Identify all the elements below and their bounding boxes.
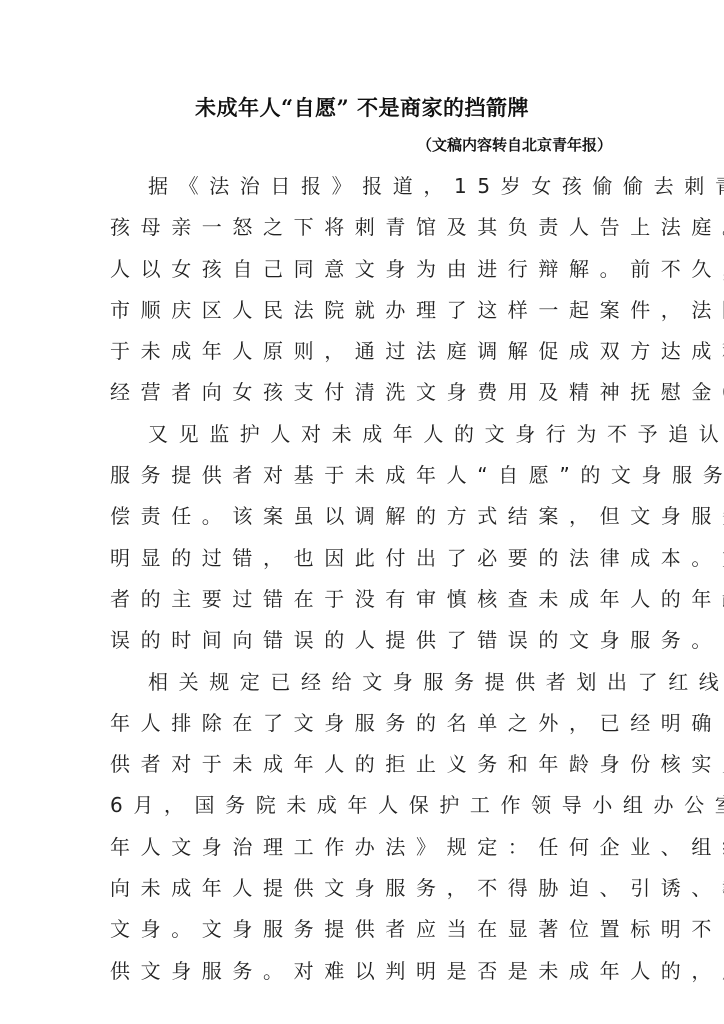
text-line: 经营者向女孩支付清洗文身费用及精神抚慰金6000元。 <box>110 372 620 413</box>
text-line: 年人排除在了文身服务的名单之外，已经明确了文身服务提 <box>110 703 620 744</box>
text-line: 供者对于未成年人的拒止义务和年龄身份核实义务。2022年 <box>110 744 620 785</box>
text-line: 相关规定已经给文身服务提供者划出了红线，已将未成 <box>110 662 620 703</box>
text-line: 人以女孩自己同意文身为由进行辩解。前不久，四川省南充 <box>110 249 620 290</box>
article-body: 据《法治日报》报道，15岁女孩偷偷去刺青馆文身，女 孩母亲一怒之下将刺青馆及其负… <box>110 166 620 992</box>
text-line: 据《法治日报》报道，15岁女孩偷偷去刺青馆文身，女 <box>110 166 620 207</box>
document-page: 未成年人“自愿” 不是商家的挡箭牌 （文稿内容转自北京青年报） 据《法治日报》报… <box>0 0 724 1024</box>
text-line: 文身。文身服务提供者应当在显著位置标明不向未成年人提 <box>110 909 620 950</box>
text-line: 孩母亲一怒之下将刺青馆及其负责人告上法庭。刺青馆负责 <box>110 207 620 248</box>
text-line: 向未成年人提供文身服务，不得胁迫、引诱、教唆未成年人 <box>110 868 620 909</box>
paragraph-2: 又见监护人对未成年人的文身行为不予追认，又见文身 服务提供者对基于未成年人“自愿… <box>110 414 620 662</box>
text-line: 偿责任。该案虽以调解的方式结案，但文身服务提供者存在 <box>110 496 620 537</box>
text-line: 误的时间向错误的人提供了错误的文身服务。 <box>110 620 620 661</box>
text-line: 市顺庆区人民法院就办理了这样一起案件，法院坚持最有利 <box>110 290 620 331</box>
text-line: 又见监护人对未成年人的文身行为不予追认，又见文身 <box>110 414 620 455</box>
text-line: 供文身服务。对难以判明是否是未成年人的，应当要求其出 <box>110 951 620 992</box>
article-source: （文稿内容转自北京青年报） <box>417 134 612 155</box>
text-line: 6月，国务院未成年人保护工作领导小组办公室印发《未成 <box>110 785 620 826</box>
paragraph-1: 据《法治日报》报道，15岁女孩偷偷去刺青馆文身，女 孩母亲一怒之下将刺青馆及其负… <box>110 166 620 414</box>
paragraph-3: 相关规定已经给文身服务提供者划出了红线，已将未成 年人排除在了文身服务的名单之外… <box>110 662 620 992</box>
article-title: 未成年人“自愿” 不是商家的挡箭牌 <box>0 92 724 122</box>
text-line: 者的主要过错在于没有审慎核查未成年人的年龄身份，在错 <box>110 579 620 620</box>
text-line: 年人文身治理工作办法》规定：任何企业、组织和个人不得 <box>110 827 620 868</box>
text-line: 于未成年人原则，通过法庭调解促成双方达成和解，刺青馆 <box>110 331 620 372</box>
text-line: 服务提供者对基于未成年人“自愿”的文身服务行为承担赔 <box>110 455 620 496</box>
text-line: 明显的过错，也因此付出了必要的法律成本。文身服务提供 <box>110 538 620 579</box>
